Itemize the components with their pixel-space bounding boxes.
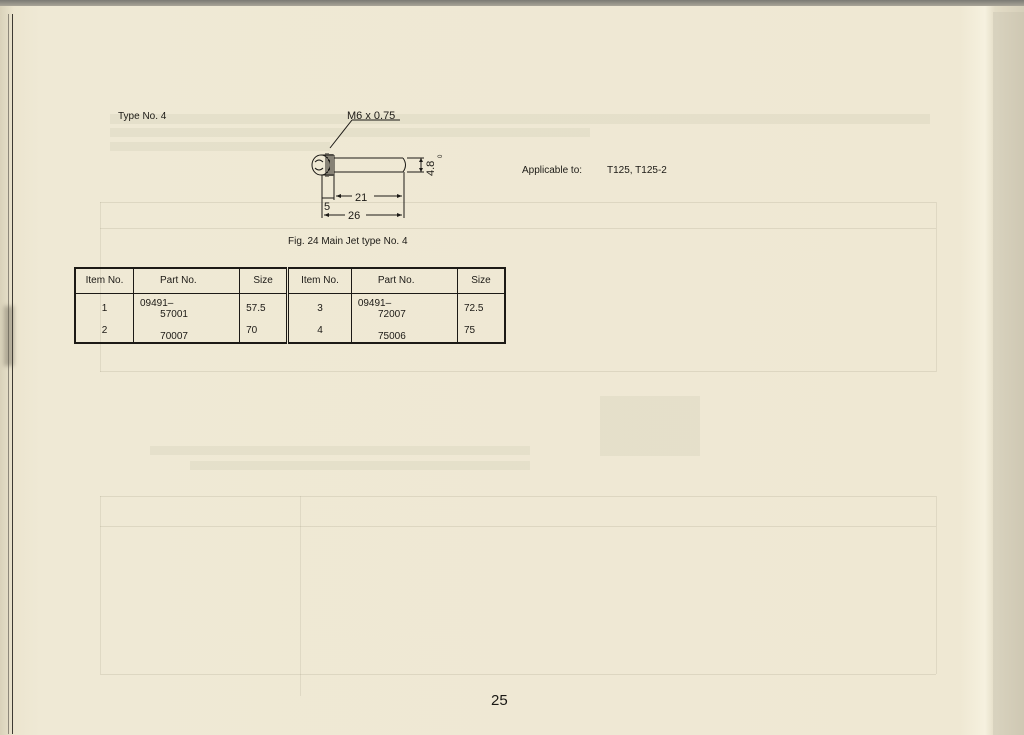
part-no: 70007 xyxy=(133,320,239,343)
part-suffix: 70007 xyxy=(140,331,188,342)
header-size-2: Size xyxy=(457,268,505,293)
size: 72.5 xyxy=(457,293,505,320)
table-header-row: Item No. Part No. Size Item No. Part No.… xyxy=(75,268,505,293)
applicable-label: Applicable to: xyxy=(522,165,582,176)
size: 75 xyxy=(457,320,505,343)
header-size: Size xyxy=(240,268,288,293)
dim-body: 21 xyxy=(355,192,367,204)
page-number: 25 xyxy=(491,692,508,709)
parts-table: Item No. Part No. Size Item No. Part No.… xyxy=(74,267,506,344)
part-no: 75006 xyxy=(351,320,457,343)
part-suffix: 57001 xyxy=(140,309,188,320)
size: 57.5 xyxy=(240,293,288,320)
part-suffix: 72007 xyxy=(358,309,406,320)
page-fold-shadow xyxy=(993,12,1024,735)
item-no: 1 xyxy=(75,293,133,320)
header-item-no: Item No. xyxy=(75,268,133,293)
header-part-no-2: Part No. xyxy=(351,268,457,293)
dim-head: 5 xyxy=(324,201,330,213)
part-prefix: 09491– xyxy=(140,298,190,309)
binding-edge-dark xyxy=(12,14,13,734)
size: 70 xyxy=(240,320,288,343)
item-no: 3 xyxy=(288,293,352,320)
dim-diameter-tolerance: 0 xyxy=(438,154,444,158)
main-jet-drawing: 21 5 26 4.8 0 xyxy=(300,118,450,228)
dim-total: 26 xyxy=(348,210,360,222)
applicable-models: T125, T125-2 xyxy=(607,165,667,176)
part-suffix: 75006 xyxy=(358,331,406,342)
item-no: 2 xyxy=(75,320,133,343)
type-label: Type No. 4 xyxy=(118,111,166,122)
binding-edge xyxy=(8,14,9,734)
document-page: Type No. 4 M6 x 0.75 xyxy=(0,6,1024,735)
table-row: 1 09491–57001 57.5 3 09491–72007 72.5 xyxy=(75,293,505,320)
part-no: 09491–57001 xyxy=(133,293,239,320)
part-prefix: 09491– xyxy=(358,298,408,309)
item-no: 4 xyxy=(288,320,352,343)
part-no: 09491–72007 xyxy=(351,293,457,320)
figure-caption: Fig. 24 Main Jet type No. 4 xyxy=(288,236,408,247)
dim-diameter: 4.8 xyxy=(425,161,437,176)
table-row: 2 70007 70 4 75006 75 xyxy=(75,320,505,343)
binding-stain xyxy=(4,306,14,366)
header-item-no-2: Item No. xyxy=(288,268,352,293)
header-part-no: Part No. xyxy=(133,268,239,293)
